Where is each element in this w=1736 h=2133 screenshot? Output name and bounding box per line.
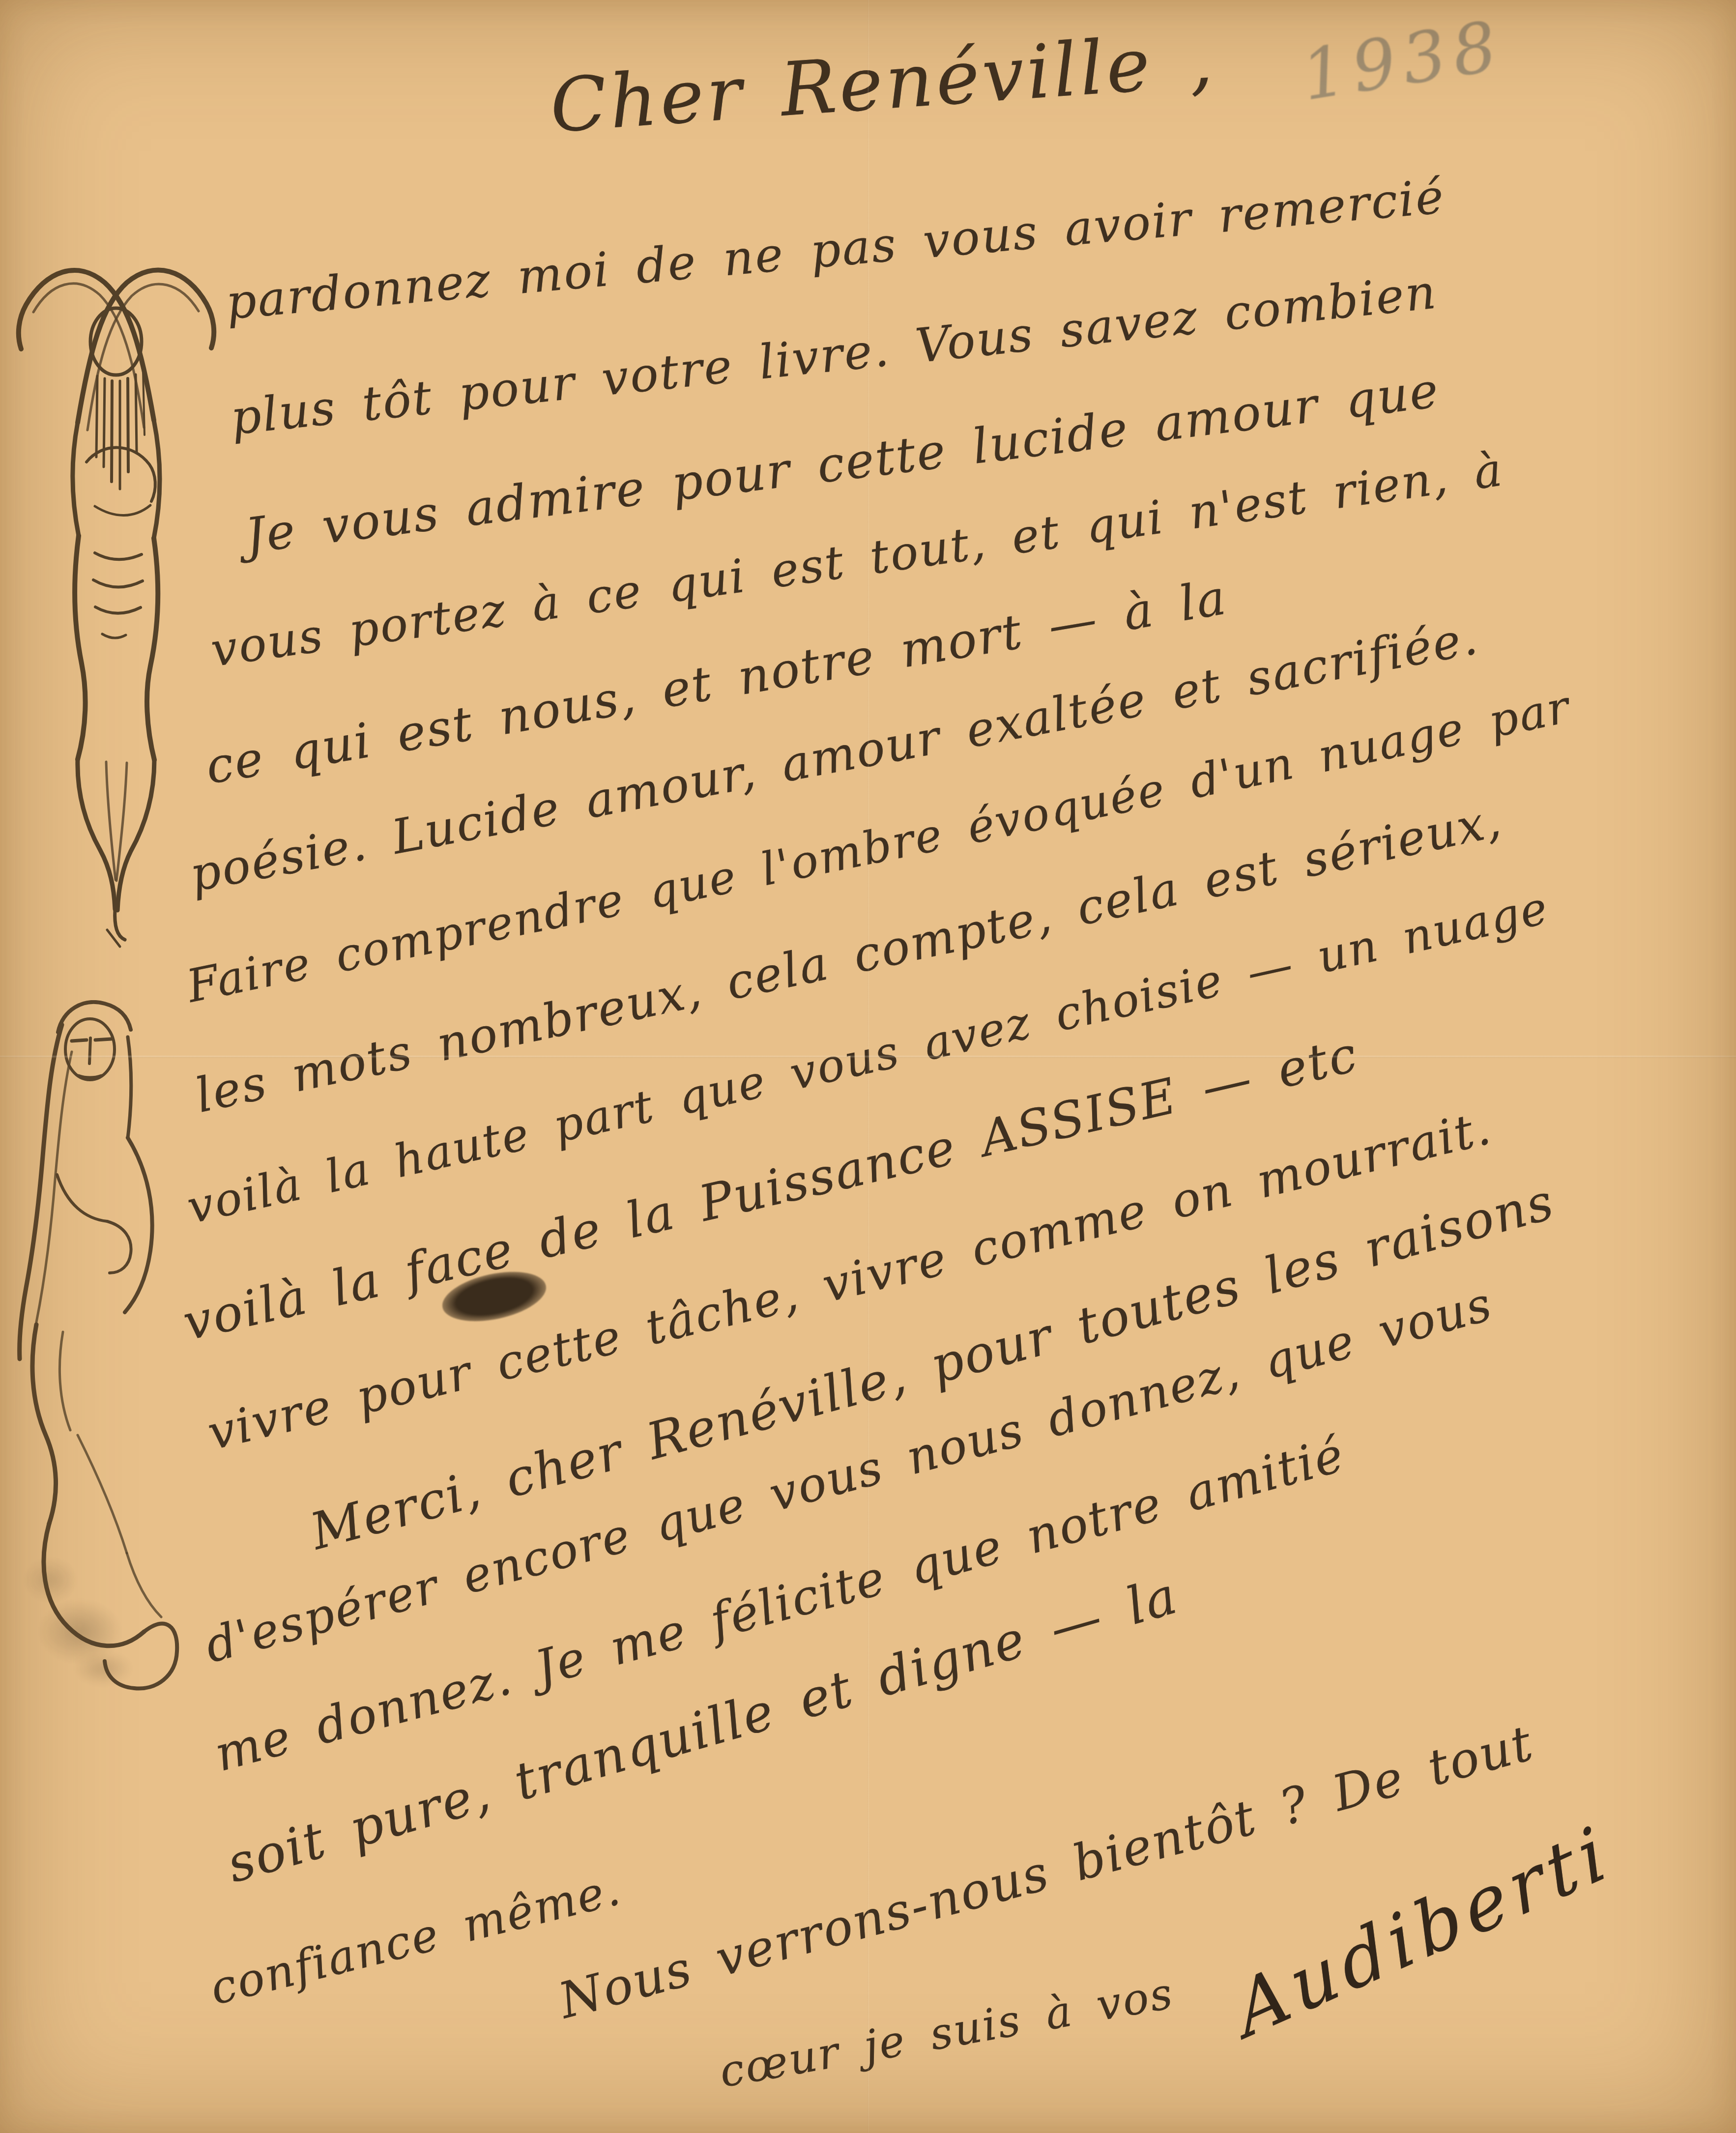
figure-arms-raised-sketch bbox=[19, 270, 214, 947]
signature: Audiberti bbox=[1225, 1809, 1621, 2055]
letter-line: cœur je suis à vos bbox=[716, 1967, 1177, 2097]
letter-page: Cher Renéville , 1938 pardonnez moi de n… bbox=[0, 0, 1736, 2133]
ink-smudge bbox=[74, 1651, 133, 1686]
salutation: Cher Renéville , bbox=[548, 18, 1218, 149]
vertical-fold-crease bbox=[867, 0, 869, 2133]
pencil-date: 1938 bbox=[1296, 6, 1509, 116]
ink-smudge bbox=[24, 1558, 78, 1602]
